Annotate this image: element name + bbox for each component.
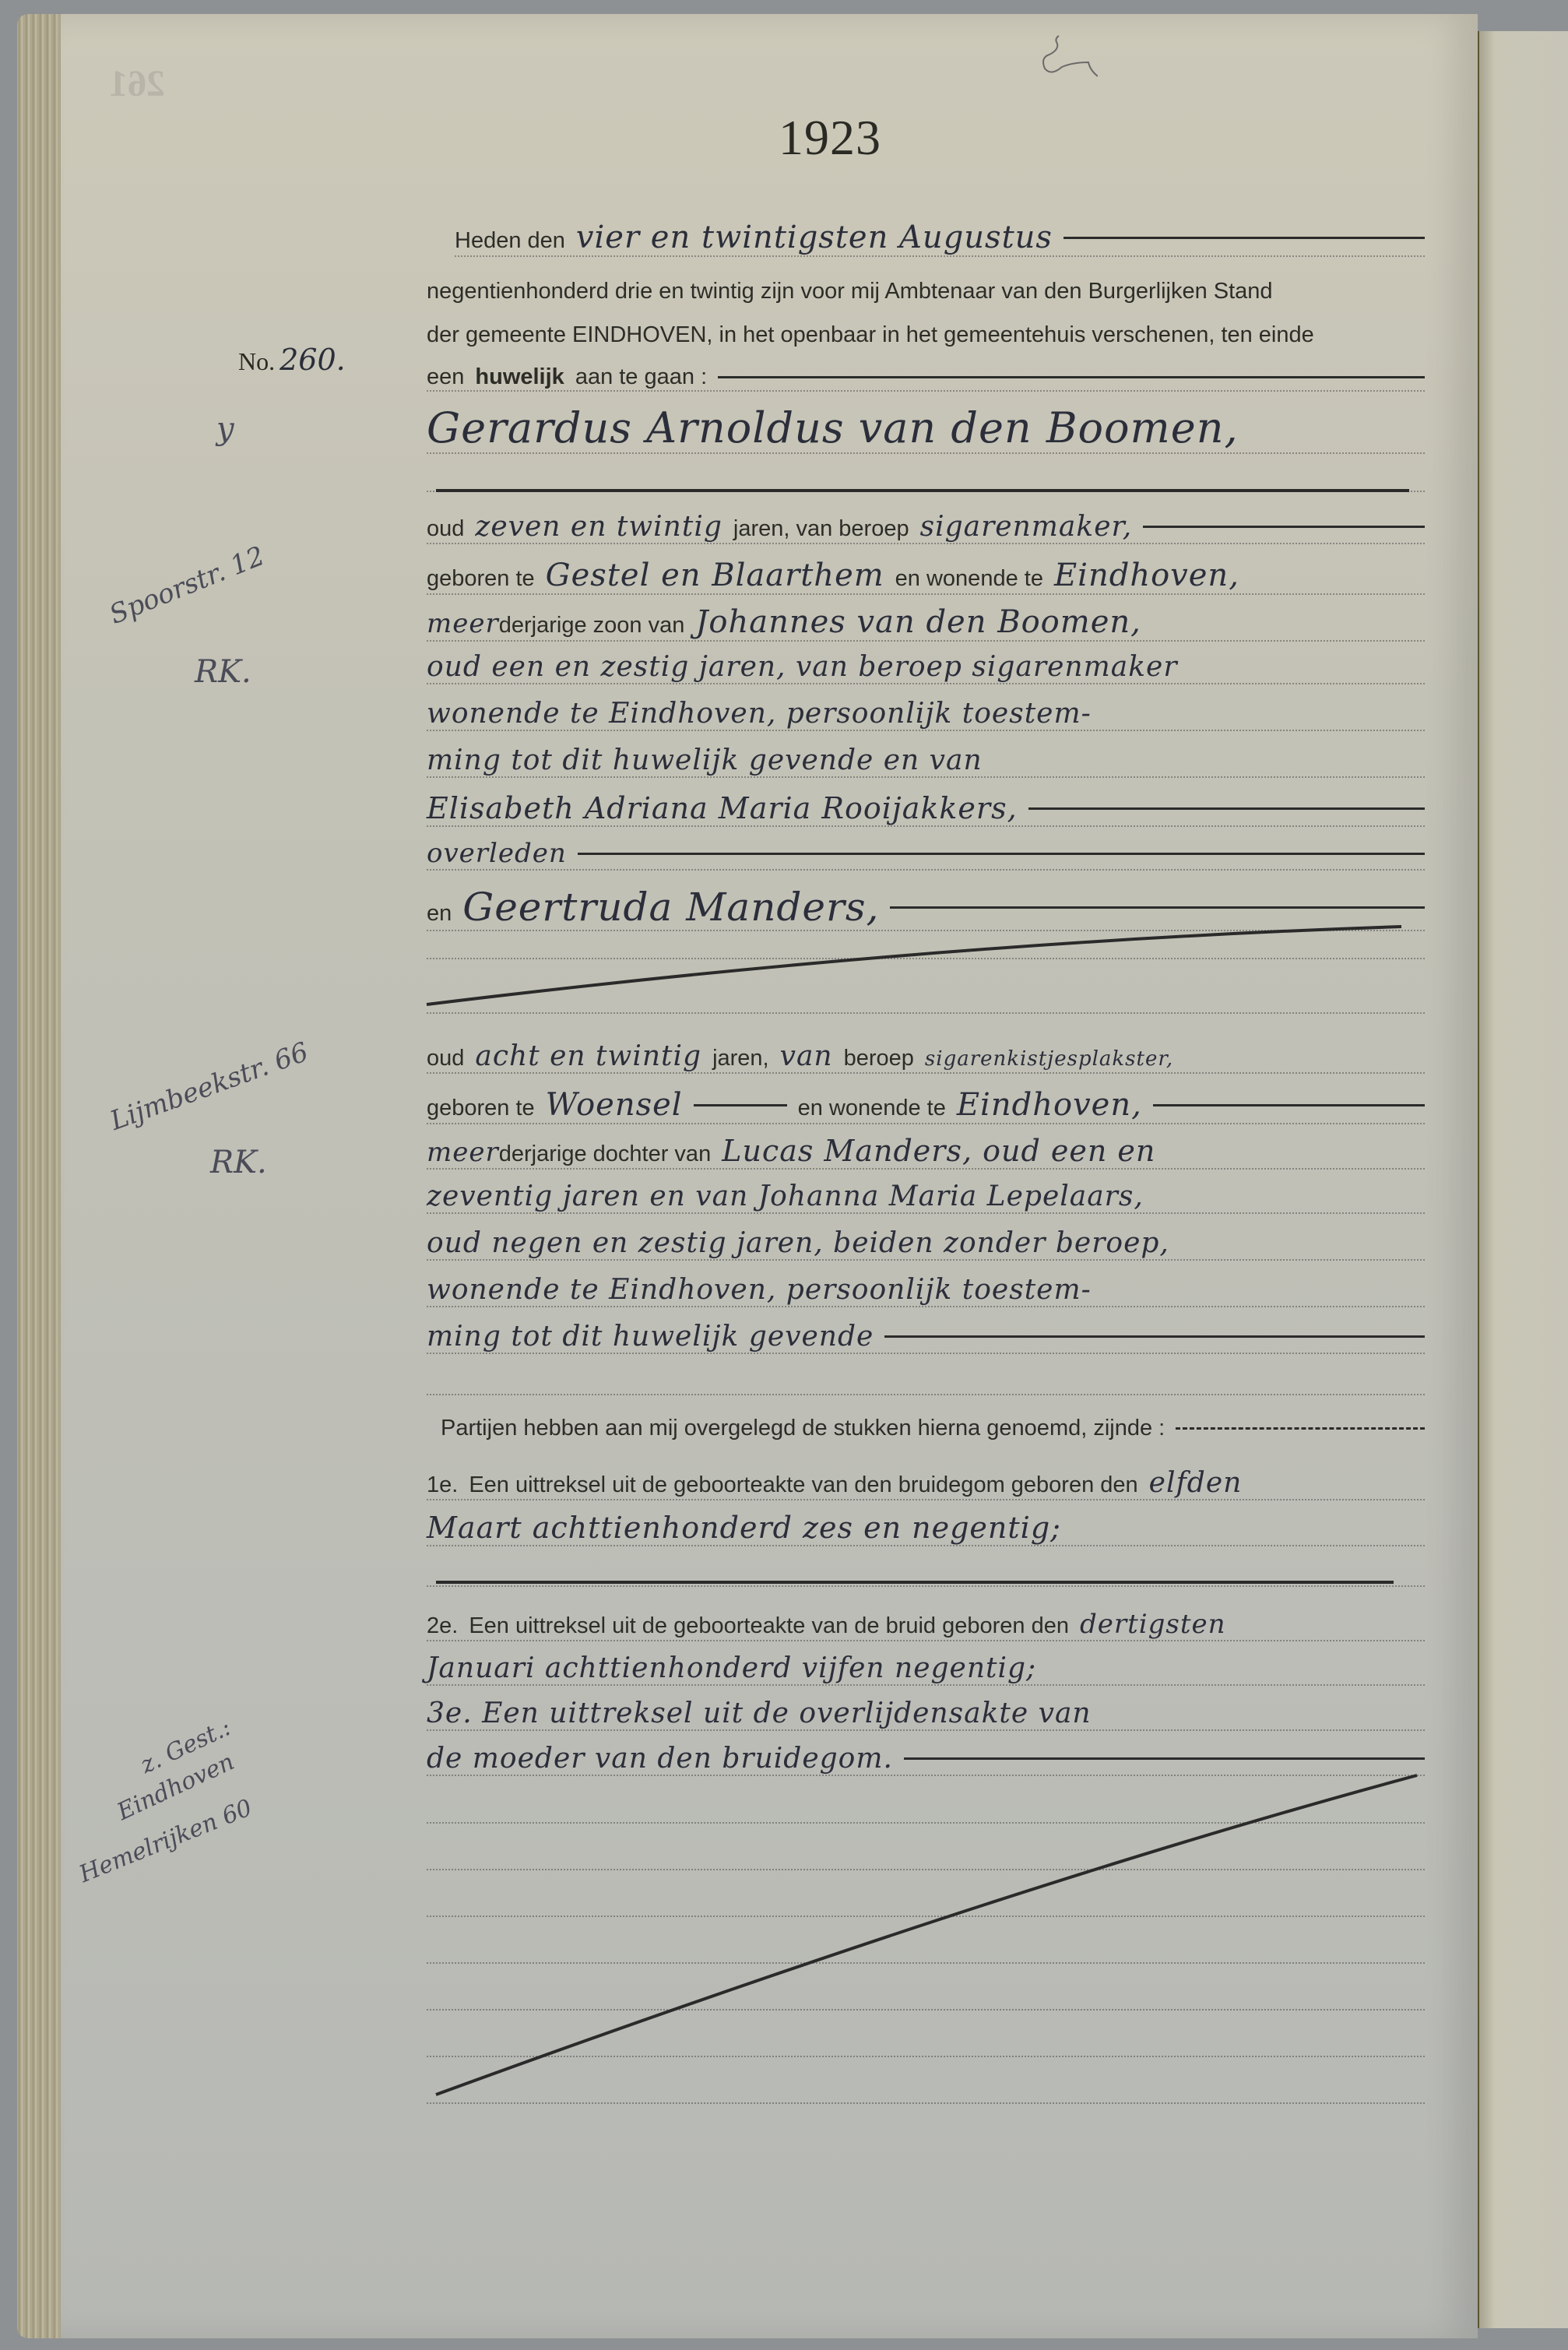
- bride-parents-details-2: oud negen en zestig jaren, beiden zonder…: [427, 1227, 1425, 1261]
- bride-parents-details-3: wonende te Eindhoven, persoonlijk toeste…: [427, 1274, 1425, 1307]
- marriage-date: vier en twintigsten Augustus: [576, 220, 1053, 255]
- aan-te-gaan-label: aan te gaan :: [575, 364, 707, 390]
- meer-prefix: meer: [427, 1137, 499, 1168]
- handwritten-line: ming tot dit huwelijk gevende: [427, 1321, 874, 1353]
- beroep-label: beroep: [844, 1046, 914, 1071]
- zoon-van-label: derjarige zoon van: [499, 613, 685, 639]
- jaren-label: jaren,: [712, 1046, 769, 1071]
- jaren-beroep-label: jaren, van beroep: [733, 516, 909, 542]
- groom-birthplace: Gestel en Blaarthem: [546, 558, 884, 593]
- pencil-doodle-icon: [1035, 31, 1098, 86]
- groom-parent-line: meer derjarige zoon van Johannes van den…: [427, 604, 1425, 642]
- ruled-line: [427, 1012, 1425, 1014]
- groom-age: zeven en twintig: [475, 511, 722, 543]
- document-item-3-cont: de moeder van den bruidegom.: [427, 1743, 1425, 1776]
- wonende-te-label: en wonende te: [798, 1096, 946, 1121]
- bride-age-line: oud acht en twintig jaren, van beroep si…: [427, 1040, 1425, 1074]
- groom-name-line: Gerardus Arnoldus van den Boomen,: [427, 403, 1425, 454]
- handwritten-line: wonende te Eindhoven, persoonlijk toeste…: [427, 1274, 1092, 1306]
- margin-mark: y: [216, 411, 234, 447]
- margin-bride-religion: RK.: [210, 1145, 267, 1180]
- geboren-te-label: geboren te: [427, 1096, 535, 1121]
- ruled-line: [427, 1585, 1425, 1587]
- bride-parent-line: meer derjarige dochter van Lucas Manders…: [427, 1134, 1425, 1170]
- oud-label: oud: [427, 516, 464, 542]
- huwelijk-label: huwelijk: [475, 364, 564, 390]
- documents-intro-line: Partijen hebben aan mij overgelegd de st…: [441, 1416, 1425, 1441]
- ruled-line: [427, 2102, 1425, 2104]
- groom-age-line: oud zeven en twintig jaren, van beroep s…: [427, 511, 1425, 544]
- fill-rule: [1143, 526, 1425, 528]
- bride-name-line: en Geertruda Manders,: [427, 885, 1425, 931]
- bleedthrough-page-number: 261: [109, 62, 165, 105]
- item-1-label: 1e.: [427, 1472, 458, 1498]
- meer-prefix: meer: [427, 608, 499, 639]
- heden-den-label: Heden den: [455, 228, 565, 254]
- fill-rule: [578, 853, 1425, 855]
- adjacent-page-edge: [1478, 31, 1568, 2328]
- handwritten-line: ming tot dit huwelijk gevende en van: [427, 744, 983, 776]
- item-3-text: 3e. Een uittreksel uit de overlijdensakt…: [427, 1697, 1092, 1729]
- groom-name: Gerardus Arnoldus van den Boomen,: [427, 403, 1239, 452]
- document-item-2: 2e. Een uittreksel uit de geboorteakte v…: [427, 1609, 1425, 1641]
- fill-rule: [1028, 807, 1425, 810]
- act-number-value: 260.: [279, 343, 346, 377]
- bride-birthplace: Woensel: [546, 1087, 683, 1123]
- groom-mother-status-line: overleden: [427, 838, 1425, 871]
- bride-birthplace-line: geboren te Woensel en wonende te Eindhov…: [427, 1087, 1425, 1124]
- fill-rule: [1153, 1104, 1425, 1106]
- item-2-date-part: dertigsten: [1080, 1609, 1226, 1640]
- fill-rule: [718, 376, 1425, 378]
- fill-rule: [1176, 1427, 1425, 1430]
- ruled-line: [427, 1822, 1425, 1824]
- wonende-te-label: en wonende te: [895, 566, 1043, 592]
- handwritten-line: oud een en zestig jaren, van beroep siga…: [427, 651, 1178, 683]
- item-2-label: 2e.: [427, 1613, 458, 1639]
- margin-groom-religion: RK.: [195, 654, 251, 690]
- ruled-line: [427, 1394, 1425, 1395]
- fill-rule: [436, 1581, 1394, 1584]
- groom-mother: Elisabeth Adriana Maria Rooijakkers,: [427, 791, 1018, 825]
- item-2-text: Een uittreksel uit de geboorteakte van d…: [469, 1613, 1069, 1639]
- bride-name: Geertruda Manders,: [462, 885, 879, 930]
- intro-line-2: negentienhonderd drie en twintig zijn vo…: [427, 279, 1431, 304]
- documents-intro: Partijen hebben aan mij overgelegd de st…: [441, 1416, 1165, 1441]
- groom-father-details-3: ming tot dit huwelijk gevende en van: [427, 744, 1425, 778]
- intro-line-3: der gemeente EINDHOVEN, in het openbaar …: [427, 322, 1431, 348]
- dochter-van-label: derjarige dochter van: [499, 1142, 711, 1167]
- fill-rule: [1063, 237, 1425, 239]
- document-item-1-cont: Maart achttienhonderd zes en negentig;: [427, 1511, 1425, 1546]
- item-3-text-cont: de moeder van den bruidegom.: [427, 1743, 893, 1775]
- groom-mother-line: Elisabeth Adriana Maria Rooijakkers,: [427, 791, 1425, 827]
- document-item-1: 1e. Een uittreksel uit de geboorteakte v…: [427, 1467, 1425, 1500]
- bride-residence: Eindhoven,: [957, 1087, 1142, 1123]
- ruled-line: [427, 1916, 1425, 1917]
- ruled-line: [427, 2009, 1425, 2011]
- item-1-text: Een uittreksel uit de geboorteakte van d…: [469, 1472, 1137, 1498]
- geboren-te-label: geboren te: [427, 566, 535, 592]
- ruled-line: [427, 1869, 1425, 1870]
- en-label: en: [427, 901, 452, 927]
- ruled-line: [427, 1962, 1425, 1964]
- bride-age: acht en twintig: [475, 1040, 701, 1072]
- groom-occupation: sigarenmaker,: [920, 511, 1133, 543]
- groom-father-details-2: wonende te Eindhoven, persoonlijk toeste…: [427, 698, 1425, 731]
- bride-father: Lucas Manders, oud een en: [722, 1134, 1155, 1168]
- fill-rule: [436, 489, 1409, 492]
- handwritten-line: oud negen en zestig jaren, beiden zonder…: [427, 1227, 1169, 1259]
- bride-parents-details-1: zeventig jaren en van Johanna Maria Lepe…: [427, 1180, 1425, 1214]
- ruled-line: [427, 958, 1425, 959]
- oud-label: oud: [427, 1046, 464, 1071]
- item-1-date-part: elfden: [1149, 1467, 1243, 1499]
- groom-birthplace-line: geboren te Gestel en Blaarthem en wonend…: [427, 558, 1425, 595]
- document-item-3: 3e. Een uittreksel uit de overlijdensakt…: [427, 1697, 1425, 1731]
- bride-occupation: sigarenkistjesplakster,: [925, 1047, 1173, 1071]
- handwritten-line: wonende te Eindhoven, persoonlijk toeste…: [427, 698, 1092, 730]
- intro-line-4: een huwelijk aan te gaan :: [427, 364, 1425, 392]
- ruled-line: [427, 2056, 1425, 2057]
- groom-mother-status: overleden: [427, 838, 567, 869]
- document-item-2-cont: Januari achttienhonderd vijfen negentig;: [427, 1652, 1425, 1686]
- groom-residence: Eindhoven,: [1054, 558, 1239, 593]
- groom-father: Johannes van den Boomen,: [695, 604, 1141, 640]
- bride-birth-date: Januari achttienhonderd vijfen negentig;: [427, 1652, 1036, 1684]
- intro-date-line: Heden den vier en twintigsten Augustus: [455, 220, 1425, 257]
- fill-rule: [890, 906, 1425, 909]
- fill-rule: [884, 1335, 1425, 1338]
- handwritten-line: zeventig jaren en van Johanna Maria Lepe…: [427, 1180, 1144, 1212]
- fill-rule: [904, 1757, 1425, 1760]
- act-number-label: No.: [238, 347, 275, 375]
- act-number: No.260.: [238, 343, 346, 377]
- groom-father-details-1: oud een en zestig jaren, van beroep siga…: [427, 651, 1425, 684]
- van-hand: van: [780, 1040, 833, 1072]
- fill-rule: [694, 1104, 787, 1106]
- een-label: een: [427, 364, 464, 390]
- bride-parents-details-4: ming tot dit huwelijk gevende: [427, 1321, 1425, 1354]
- groom-birth-date: Maart achttienhonderd zes en negentig;: [427, 1511, 1061, 1545]
- register-year: 1923: [779, 109, 881, 167]
